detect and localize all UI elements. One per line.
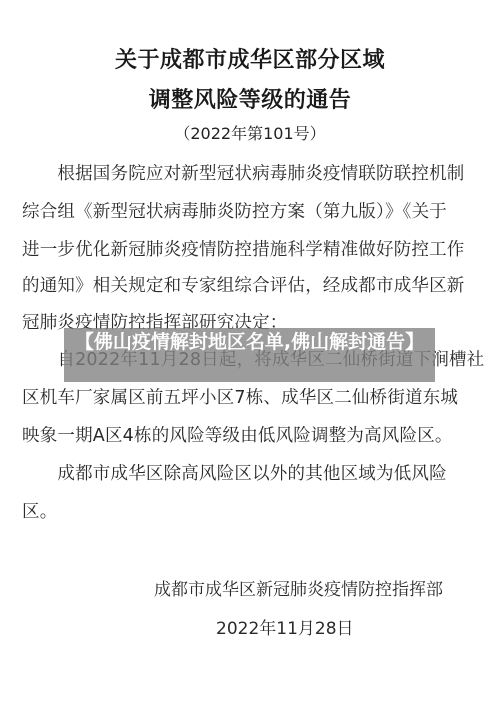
issuing-authority: 成都市成华区新冠肺炎疫情防控指挥部 [154,575,443,600]
issue-date: 2022年11月28日 [216,614,354,639]
body-line: 进一步优化新冠肺炎疫情防控措施科学精准做好防控工作 [22,236,482,261]
body-line: 映象一期A区4栋的风险等级由低风险调整为高风险区。 [22,422,482,447]
body-line: 根据国务院应对新型冠状病毒肺炎疫情联防联控机制 [22,160,482,185]
notice-title-line2: 调整风险等级的通告 [0,83,500,114]
body-line: 区机车厂家属区前五坪小区7栋、成华区二仙桥街道东城 [22,384,482,409]
body-line: 成都市成华区除高风险区以外的其他区域为低风险 [22,460,482,485]
body-line: 的通知》相关规定和专家组综合评估，经成都市成华区新 [22,272,482,297]
notice-title-line1: 关于成都市成华区部分区域 [0,43,500,74]
body-line: 区。 [22,498,482,523]
body-line: 综合组《新型冠状病毒肺炎防控方案（第九版）》《关于 [22,198,482,223]
headline-overlay-text[interactable]: 【佛山疫情解封地区名单,佛山解封通告】 [64,330,435,354]
document-number: （2022年第101号） [0,121,500,144]
